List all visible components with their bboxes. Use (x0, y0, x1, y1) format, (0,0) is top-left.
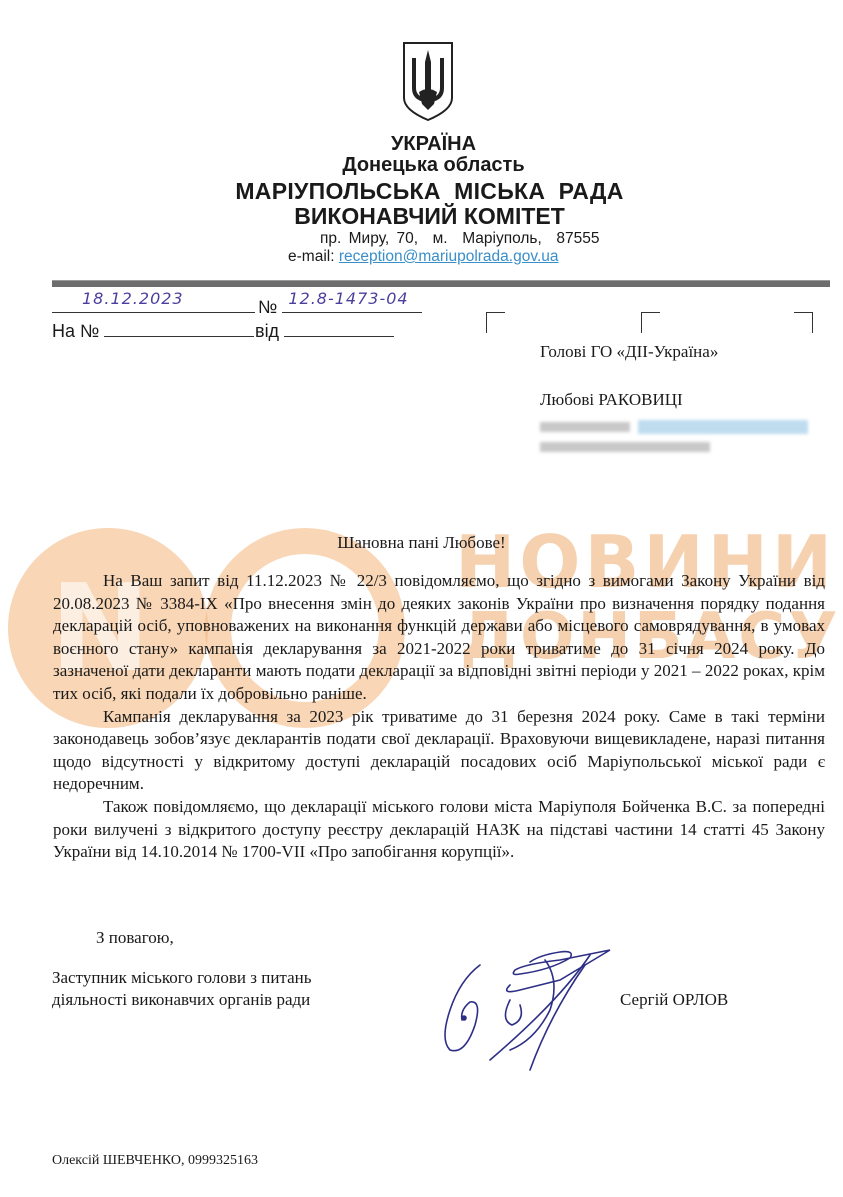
outgoing-number-value: 12.8-1473-04 (288, 289, 408, 308)
reply-to-label: На № (52, 321, 99, 341)
outgoing-number-field: № 12.8-1473-04 (258, 290, 422, 318)
letterhead-committee: ВИКОНАВЧИЙ КОМІТЕТ (8, 203, 843, 230)
email-label: e-mail: (288, 248, 335, 265)
trident-coat-of-arms-icon (401, 40, 455, 122)
paragraph-1: На Ваш запит від 11.12.2023 № 22/3 повід… (53, 570, 825, 706)
email-link[interactable]: reception@mariupolrada.gov.ua (339, 248, 559, 265)
letterhead-council: МАРІУПОЛЬСЬКА МІСЬКА РАДА (8, 178, 843, 205)
redacted-contact-line-2 (540, 442, 710, 452)
executor-contact: Олексій ШЕВЧЕНКО, 0999325163 (52, 1153, 258, 1169)
letterhead-country: УКРАЇНА (12, 133, 843, 156)
letter-body: На Ваш запит від 11.12.2023 № 22/3 повід… (53, 570, 825, 864)
closing-phrase: З повагою, (96, 928, 174, 948)
outgoing-date-value: 18.12.2023 (82, 289, 184, 308)
signer-name: Сергій ОРЛОВ (620, 990, 728, 1010)
recipient-organization: Голові ГО «ДІІ-Україна» (540, 342, 718, 362)
letterhead-region: Донецька область (12, 154, 843, 177)
address-corner-top-right (794, 312, 813, 333)
signer-title-line-2: діяльності виконавчих органів ради (52, 990, 310, 1010)
address-corner-top-left (486, 312, 505, 333)
paragraph-2: Кампанія декларування за 2023 рік триват… (53, 706, 825, 796)
letterhead-email-line: e-mail: reception@mariupolrada.gov.ua (288, 248, 559, 266)
salutation: Шановна пані Любове! (0, 533, 843, 553)
redacted-contact-line-1a (540, 422, 630, 432)
signer-title-line-1: Заступник міського голови з питань (52, 968, 311, 988)
recipient-name: Любові РАКОВИЦІ (540, 390, 683, 410)
address-corner-top-mid (641, 312, 660, 333)
paragraph-3: Також повідомляємо, що декларації місько… (53, 796, 825, 864)
outgoing-date-field: 18.12.2023 (52, 290, 255, 318)
letterhead-divider (52, 280, 830, 287)
handwritten-signature (420, 940, 640, 1080)
reply-date-field: від (255, 316, 394, 342)
number-label: № (258, 297, 277, 317)
letterhead-address: пр. Миру, 70, м. Маріуполь, 87555 (320, 230, 600, 248)
reply-date-label: від (255, 321, 279, 341)
reply-to-number-field: На № (52, 316, 254, 342)
redacted-contact-line-1b (638, 420, 808, 434)
